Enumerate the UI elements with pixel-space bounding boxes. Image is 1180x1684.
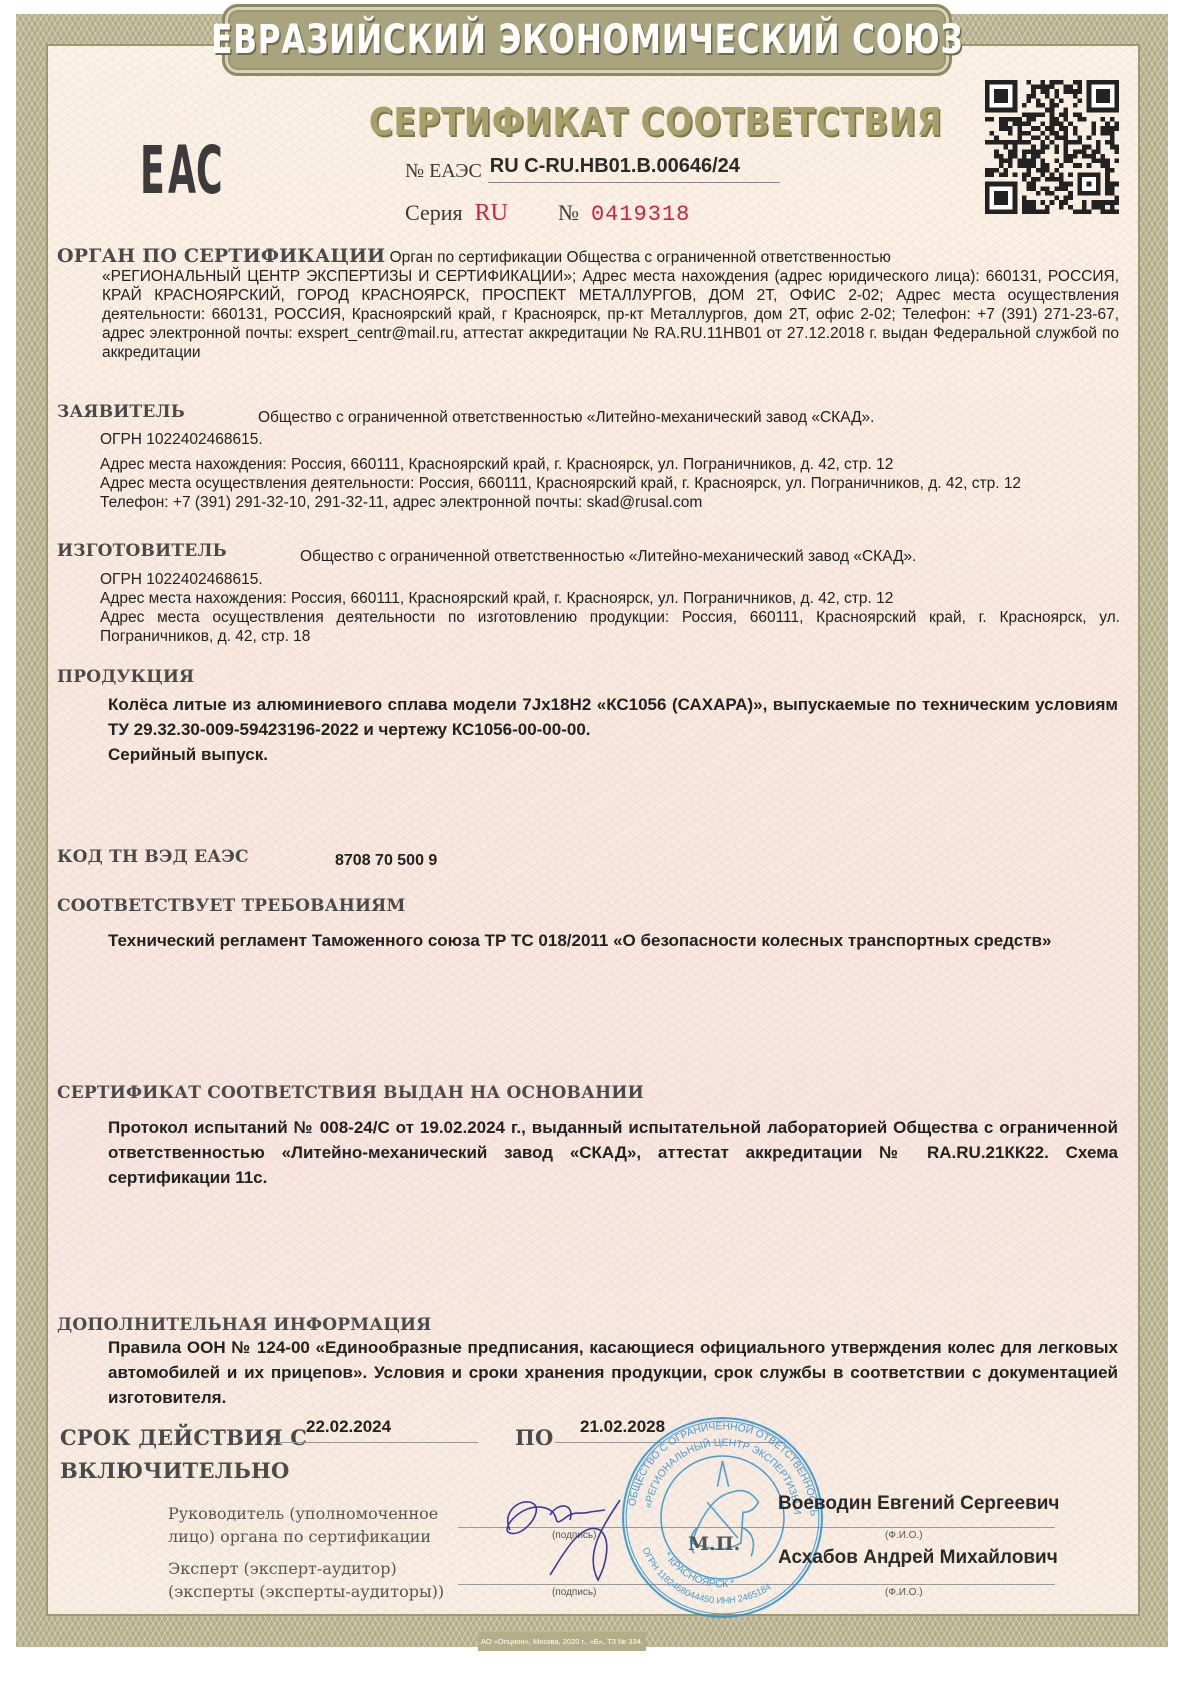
- manufacturer-details: ОГРН 1022402468615. Адрес места нахожден…: [100, 570, 1120, 646]
- printer-imprint: АО «Опцион», Москва, 2020 г., «Б», ТЗ № …: [478, 1632, 646, 1651]
- applicant-address: Адрес места нахождения: Россия, 660111, …: [100, 455, 1120, 474]
- applicant-contacts: Телефон: +7 (391) 291-32-10, 291-32-11, …: [100, 493, 1120, 512]
- certification-body-section: ОРГАН ПО СЕРТИФИКАЦИИ Орган по сертифика…: [57, 247, 1119, 362]
- validity-from-label: СРОК ДЕЙСТВИЯ С: [60, 1425, 307, 1450]
- series-row: Серия RU № 0419318: [405, 200, 690, 227]
- tn-ved-code: 8708 70 500 9: [335, 851, 437, 870]
- applicant-ogrn: ОГРН 1022402468615.: [100, 430, 1120, 449]
- union-title: ЕВРАЗИЙСКИЙ ЭКОНОМИЧЕСКИЙ СОЮЗ: [211, 17, 963, 63]
- expert-label-line1: Эксперт (эксперт-аудитор): [168, 1557, 444, 1580]
- basis-text: Протокол испытаний № 008-24/С от 19.02.2…: [108, 1115, 1118, 1190]
- certificate-title: СЕРТИФИКАТ СООТВЕТСТВИЯ: [369, 100, 811, 144]
- applicant-name: Общество с ограниченной ответственностью…: [258, 408, 875, 427]
- series-label: Серия: [405, 200, 463, 226]
- expert-label-line2: (эксперты (эксперты-аудиторы)): [168, 1580, 444, 1603]
- head-label-line1: Руководитель (уполномоченное: [168, 1502, 438, 1525]
- serial-number: 0419318: [591, 202, 690, 227]
- eac-letter-e: Е: [140, 135, 153, 207]
- head-fio-caption: (Ф.И.О.): [885, 1530, 923, 1541]
- certification-body-details: «РЕГИОНАЛЬНЫЙ ЦЕНТР ЭКСПЕРТИЗЫ И СЕРТИФИ…: [102, 267, 1119, 362]
- registration-number-row: № ЕАЭС RU C-RU.НВ01.В.00646/24: [405, 155, 780, 183]
- head-signatory-name: Воеводин Евгений Сергеевич: [778, 1494, 1059, 1513]
- manufacturer-production-address: Адрес места осуществления деятельности п…: [100, 608, 1120, 646]
- manufacturer-ogrn: ОГРН 1022402468615.: [100, 570, 1120, 589]
- requirements-heading: СООТВЕТСТВУЕТ ТРЕБОВАНИЯМ: [57, 896, 406, 916]
- certification-body-first: Орган по сертификации Общества с огранич…: [390, 249, 891, 266]
- series-value: RU: [475, 200, 508, 227]
- validity-to-label: ПО: [515, 1425, 554, 1450]
- eac-letter-c: С: [196, 135, 209, 207]
- validity-inclusive-label: ВКЛЮЧИТЕЛЬНО: [60, 1458, 290, 1483]
- qr-code-icon: [985, 80, 1119, 214]
- basis-heading: СЕРТИФИКАТ СООТВЕТСТВИЯ ВЫДАН НА ОСНОВАН…: [57, 1083, 644, 1103]
- head-label-line2: лицо) органа по сертификации: [168, 1525, 438, 1548]
- additional-info-heading: ДОПОЛНИТЕЛЬНАЯ ИНФОРМАЦИЯ: [57, 1315, 431, 1335]
- product-heading: ПРОДУКЦИЯ: [57, 667, 194, 687]
- applicant-heading: ЗАЯВИТЕЛЬ: [57, 402, 185, 422]
- product-description: Колёса литые из алюминиевого сплава моде…: [108, 692, 1118, 742]
- union-banner: ЕВРАЗИЙСКИЙ ЭКОНОМИЧЕСКИЙ СОЮЗ: [222, 4, 952, 76]
- validity-from-date: 22.02.2024: [278, 1417, 478, 1443]
- expert-signatory-name: Асхабов Андрей Михайлович: [778, 1548, 1058, 1567]
- eac-letter-a: А: [168, 135, 181, 207]
- requirements-text: Технический регламент Таможенного союза …: [108, 928, 1118, 953]
- manufacturer-name: Общество с ограниченной ответственностью…: [300, 547, 917, 566]
- product-release: Серийный выпуск.: [108, 742, 1118, 767]
- registration-label: № ЕАЭС: [405, 160, 482, 183]
- tn-ved-heading: КОД ТН ВЭД ЕАЭС: [57, 847, 249, 867]
- certification-body-heading: ОРГАН ПО СЕРТИФИКАЦИИ: [57, 245, 385, 267]
- stamp-place-mark: М.П.: [688, 1533, 740, 1555]
- expert-signatory-label: Эксперт (эксперт-аудитор) (эксперты (экс…: [168, 1557, 444, 1603]
- applicant-activity-address: Адрес места осуществления деятельности: …: [100, 474, 1120, 493]
- product-details: Колёса литые из алюминиевого сплава моде…: [108, 692, 1118, 767]
- eac-logo-icon: Е А С: [140, 135, 214, 207]
- manufacturer-heading: ИЗГОТОВИТЕЛЬ: [57, 541, 227, 561]
- official-seal-icon: ОБЩЕСТВО С ОГРАНИЧЕННОЙ ОТВЕТСТВЕННОСТЬЮ…: [620, 1415, 825, 1620]
- additional-info-text: Правила ООН № 124-00 «Единообразные пред…: [108, 1335, 1118, 1410]
- signature-icon: [480, 1470, 640, 1590]
- manufacturer-address: Адрес места нахождения: Россия, 660111, …: [100, 589, 1120, 608]
- head-signatory-label: Руководитель (уполномоченное лицо) орган…: [168, 1502, 438, 1548]
- number-label: №: [558, 200, 579, 226]
- registration-number: RU C-RU.НВ01.В.00646/24: [488, 155, 780, 183]
- expert-fio-caption: (Ф.И.О.): [885, 1587, 923, 1598]
- applicant-details: ОГРН 1022402468615. Адрес места нахожден…: [100, 430, 1120, 512]
